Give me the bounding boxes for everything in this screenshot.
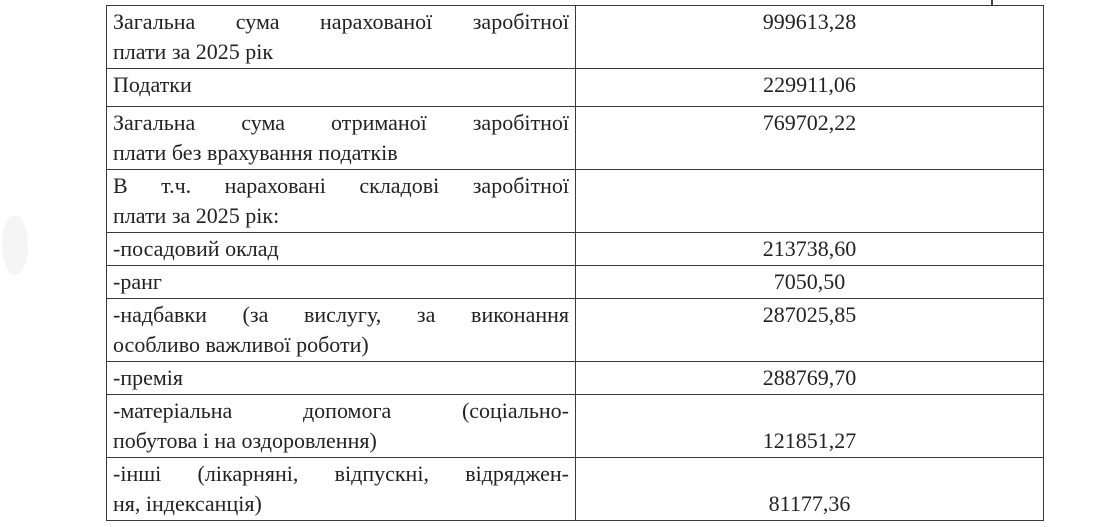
label-line: особливо важливої роботи) xyxy=(113,330,569,360)
row-value: 213738,60 xyxy=(576,233,1044,266)
table-row-bonus: -премія 288769,70 xyxy=(107,362,1044,395)
table-row-total-accrued: Загальна сума нарахованої заробітної пла… xyxy=(107,6,1044,69)
row-label: Загальна сума отриманої заробітної плати… xyxy=(107,107,576,170)
label-line: Загальна сума отриманої заробітної xyxy=(113,108,569,138)
row-value: 229911,06 xyxy=(576,69,1044,107)
table-row-material-aid: -матеріальна допомога (соціально- побуто… xyxy=(107,395,1044,458)
row-label: -надбавки (за вислугу, за виконання особ… xyxy=(107,299,576,362)
scan-smudge xyxy=(2,215,28,275)
table-row-base-salary: -посадовий оклад 213738,60 xyxy=(107,233,1044,266)
label-line: ня, індексанція) xyxy=(113,489,569,519)
row-value: 81177,36 xyxy=(576,458,1044,521)
table-row-total-received: Загальна сума отриманої заробітної плати… xyxy=(107,107,1044,170)
row-label: -інші (лікарняні, відпускні, відряджен- … xyxy=(107,458,576,521)
row-value: 121851,27 xyxy=(576,395,1044,458)
table-row-rank: -ранг 7050,50 xyxy=(107,266,1044,299)
label-line: -матеріальна допомога (соціально- xyxy=(113,396,569,426)
row-label: -матеріальна допомога (соціально- побуто… xyxy=(107,395,576,458)
table-row-other: -інші (лікарняні, відпускні, відряджен- … xyxy=(107,458,1044,521)
label-line: -посадовий оклад xyxy=(113,234,569,264)
label-line: -ранг xyxy=(113,267,569,297)
row-value: 288769,70 xyxy=(576,362,1044,395)
salary-table: Загальна сума нарахованої заробітної пла… xyxy=(106,5,1044,521)
label-line: Податки xyxy=(113,70,569,100)
row-value: 769702,22 xyxy=(576,107,1044,170)
row-value: 999613,28 xyxy=(576,6,1044,69)
row-label: Загальна сума нарахованої заробітної пла… xyxy=(107,6,576,69)
label-line: Загальна сума нарахованої заробітної xyxy=(113,7,569,37)
row-label: -премія xyxy=(107,362,576,395)
label-line: плати без врахування податків xyxy=(113,138,569,168)
table-row-components-header: В т.ч. нараховані складові заробітної пл… xyxy=(107,170,1044,233)
table-row-allowances: -надбавки (за вислугу, за виконання особ… xyxy=(107,299,1044,362)
label-line: -надбавки (за вислугу, за виконання xyxy=(113,300,569,330)
row-label: В т.ч. нараховані складові заробітної пл… xyxy=(107,170,576,233)
label-line: плати за 2025 рік: xyxy=(113,201,569,231)
label-line: плати за 2025 рік xyxy=(113,37,569,67)
row-label: Податки xyxy=(107,69,576,107)
row-value: 7050,50 xyxy=(576,266,1044,299)
label-line: В т.ч. нараховані складові заробітної xyxy=(113,171,569,201)
row-value xyxy=(576,170,1044,233)
label-line: -премія xyxy=(113,363,569,393)
table-row-taxes: Податки 229911,06 xyxy=(107,69,1044,107)
row-label: -ранг xyxy=(107,266,576,299)
label-line: побутова і на оздоровлення) xyxy=(113,426,569,456)
label-line: -інші (лікарняні, відпускні, відряджен- xyxy=(113,459,569,489)
row-value: 287025,85 xyxy=(576,299,1044,362)
row-label: -посадовий оклад xyxy=(107,233,576,266)
